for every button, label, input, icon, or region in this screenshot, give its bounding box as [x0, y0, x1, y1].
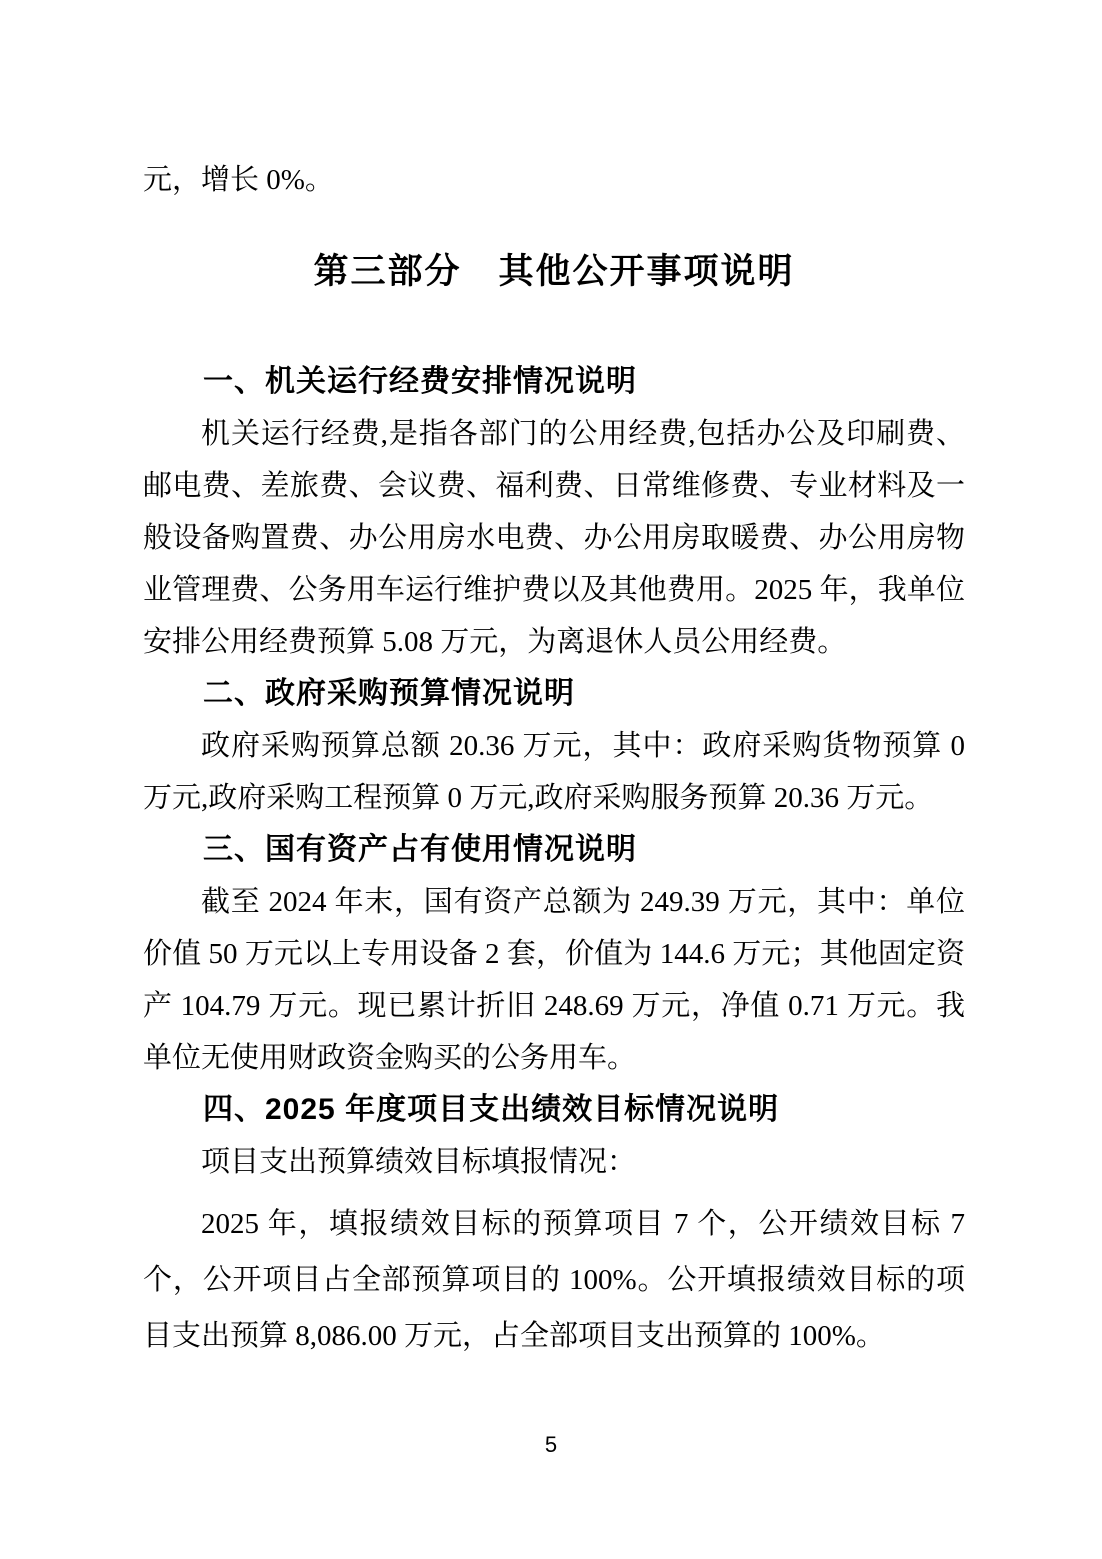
section-4-paragraph: 2025 年，填报绩效目标的预算项目 7 个，公开绩效目标 7 个，公开项目占全… [143, 1196, 965, 1364]
paragraph-carryover: 元，增长 0%。 [143, 154, 965, 206]
section-2-paragraph: 政府采购预算总额 20.36 万元，其中：政府采购货物预算 0 万元,政府采购工… [143, 720, 965, 824]
page-number: 5 [0, 1430, 1102, 1460]
section-heading-1: 一、机关运行经费安排情况说明 [143, 356, 965, 408]
section-3-paragraph: 截至 2024 年末，国有资产总额为 249.39 万元，其中：单位价值 50 … [143, 876, 965, 1084]
section-4-subline: 项目支出预算绩效目标填报情况： [143, 1136, 965, 1188]
section-agency-operating-expense: 一、机关运行经费安排情况说明 机关运行经费,是指各部门的公用经费,包括办公及印刷… [143, 356, 965, 668]
section-government-procurement: 二、政府采购预算情况说明 政府采购预算总额 20.36 万元，其中：政府采购货物… [143, 668, 965, 824]
document-title: 第三部分 其他公开事项说明 [143, 246, 965, 298]
section-heading-4: 四、2025 年度项目支出绩效目标情况说明 [143, 1084, 965, 1136]
section-heading-2: 二、政府采购预算情况说明 [143, 668, 965, 720]
section-performance-targets: 四、2025 年度项目支出绩效目标情况说明 项目支出预算绩效目标填报情况： 20… [143, 1084, 965, 1364]
document-page: 元，增长 0%。 第三部分 其他公开事项说明 一、机关运行经费安排情况说明 机关… [0, 0, 1102, 1559]
section-heading-3: 三、国有资产占有使用情况说明 [143, 824, 965, 876]
section-1-paragraph: 机关运行经费,是指各部门的公用经费,包括办公及印刷费、邮电费、差旅费、会议费、福… [143, 408, 965, 668]
section-state-owned-assets: 三、国有资产占有使用情况说明 截至 2024 年末，国有资产总额为 249.39… [143, 824, 965, 1084]
